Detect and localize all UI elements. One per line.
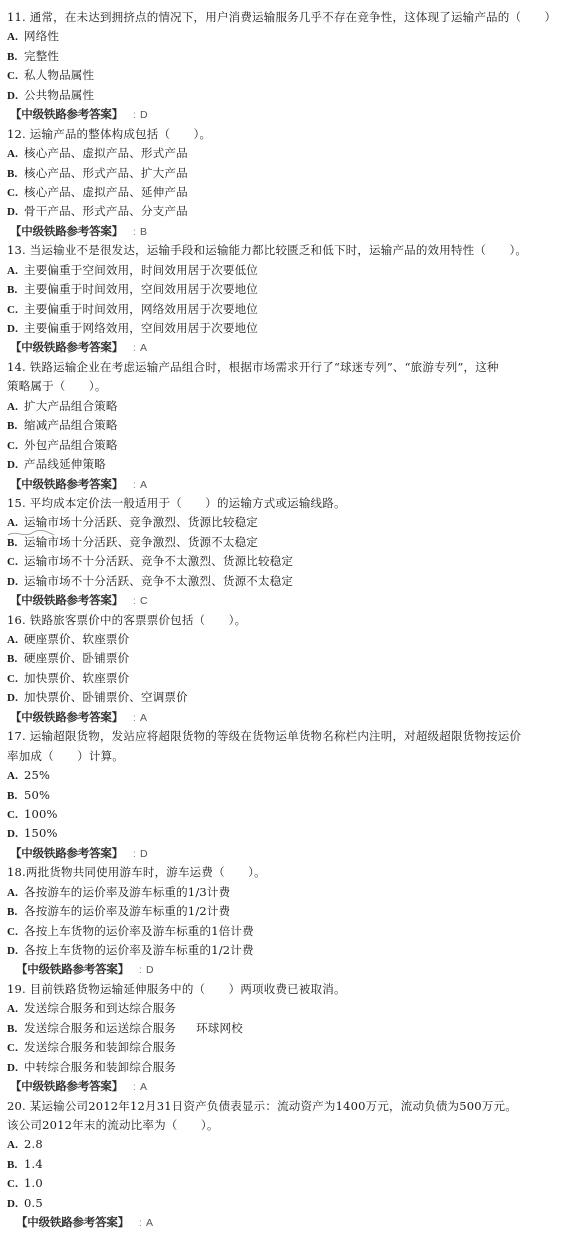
answer-value: A — [140, 1078, 147, 1097]
answer-label: 【中级铁路参考答案】 — [16, 962, 129, 976]
option-text: 主要偏重于时间效用，网络效用居于次要地位 — [24, 300, 258, 319]
question-stem: 15. 平均成本定价法一般适用于（ ）的运输方式或运输线路。 — [0, 494, 574, 513]
question-15: 15. 平均成本定价法一般适用于（ ）的运输方式或运输线路。 A.运输市场十分活… — [0, 494, 574, 611]
option-text: 1.4 — [24, 1155, 43, 1174]
option-letter: D. — [7, 942, 24, 961]
question-20: 20. 某运输公司2012年12月31日资产负债表显示：流动资产为1400万元，… — [0, 1097, 574, 1233]
option-a: A.扩大产品组合策略 — [0, 397, 574, 416]
option-c: C.外包产品组合策略 — [0, 436, 574, 455]
option-c: C.100% — [0, 805, 574, 824]
question-stem: 17. 运输超限货物，发站应将超限货物的等级在货物运单货物名称栏内注明，对超级超… — [0, 727, 574, 746]
question-13: 13. 当运输业不是很发达，运输手段和运输能力都比较匮乏和低下时，运输产品的效用… — [0, 241, 574, 358]
option-text: 各按游车的运价率及游车标重的1/2计费 — [24, 902, 230, 921]
option-a: A.各按游车的运价率及游车标重的1/3计费 — [0, 883, 574, 902]
option-letter: D. — [7, 203, 24, 222]
option-d: D.运输市场不十分活跃、竞争不太激烈、货源不太稳定 — [0, 572, 574, 591]
option-letter: A. — [7, 631, 24, 650]
question-stem-continued: 该公司2012年末的流动比率为（ ）。 — [0, 1116, 574, 1135]
answer-separator: : — [133, 106, 136, 125]
option-text: 核心产品、虚拟产品、延伸产品 — [24, 183, 188, 202]
answer-value: B — [140, 223, 147, 242]
option-letter: C. — [7, 67, 24, 86]
option-letter: B. — [7, 903, 24, 922]
question-stem: 20. 某运输公司2012年12月31日资产负债表显示：流动资产为1400万元，… — [0, 1097, 574, 1116]
question-17: 17. 运输超限货物，发站应将超限货物的等级在货物运单货物名称栏内注明，对超级超… — [0, 727, 574, 863]
option-a: A.运输市场十分活跃、竞争激烈、货源比较稳定 — [0, 513, 574, 532]
answer-label: 【中级铁路参考答案】 — [10, 846, 123, 860]
option-text: 产品线延伸策略 — [24, 455, 106, 474]
option-letter: B. — [7, 281, 24, 300]
option-letter: A. — [7, 398, 24, 417]
option-b: B.1.4 — [0, 1155, 574, 1174]
option-letter: B. — [7, 534, 24, 553]
option-letter: A. — [7, 28, 24, 47]
answer-separator: : — [133, 592, 136, 611]
option-letter: A. — [7, 1000, 24, 1019]
answer-value: A — [140, 476, 147, 495]
option-text: 2.8 — [24, 1135, 43, 1154]
option-b: B.硬座票价、卧铺票价 — [0, 649, 574, 668]
option-d: D.0.5 — [0, 1194, 574, 1213]
answer-label: 【中级铁路参考答案】 — [10, 477, 123, 491]
option-a: A.25% — [0, 766, 574, 785]
option-a: A.核心产品、虚拟产品、形式产品 — [0, 144, 574, 163]
option-letter: C. — [7, 553, 24, 572]
option-letter: A. — [7, 884, 24, 903]
answer-line: 【中级铁路参考答案】:A — [0, 475, 574, 494]
option-b: B.50% — [0, 786, 574, 805]
answer-line: 【中级铁路参考答案】:A — [0, 1077, 574, 1096]
option-letter: C. — [7, 670, 24, 689]
question-14: 14. 铁路运输企业在考虑运输产品组合时，根据市场需求开行了“球迷专列”、“旅游… — [0, 358, 574, 494]
option-letter: A. — [7, 145, 24, 164]
option-b: B.缩减产品组合策略 — [0, 416, 574, 435]
option-b: B.完整性 — [0, 47, 574, 66]
option-c: C.核心产品、虚拟产品、延伸产品 — [0, 183, 574, 202]
question-stem: 19. 目前铁路货物运输延伸服务中的（ ）两项收费已被取消。 — [0, 980, 574, 999]
question-stem: 14. 铁路运输企业在考虑运输产品组合时，根据市场需求开行了“球迷专列”、“旅游… — [0, 358, 574, 377]
option-letter: D. — [7, 87, 24, 106]
option-b: B.发送综合服务和运送综合服务环球网校 — [0, 1019, 574, 1038]
option-letter: B. — [7, 787, 24, 806]
answer-label: 【中级铁路参考答案】 — [10, 593, 123, 607]
option-letter: B. — [7, 165, 24, 184]
option-text: 各按游车的运价率及游车标重的1/3计费 — [24, 883, 230, 902]
option-c: C.运输市场不十分活跃、竞争不太激烈、货源比较稳定 — [0, 552, 574, 571]
question-stem: 13. 当运输业不是很发达，运输手段和运输能力都比较匮乏和低下时，运输产品的效用… — [0, 241, 574, 260]
option-d: D.150% — [0, 824, 574, 843]
answer-line: 【中级铁路参考答案】:C — [0, 591, 574, 610]
question-stem: 11. 通常，在未达到拥挤点的情况下，用户消费运输服务几乎不存在竞争性，这体现了… — [0, 8, 574, 27]
option-letter: A. — [7, 514, 24, 533]
option-letter: D. — [7, 573, 24, 592]
option-letter: A. — [7, 767, 24, 786]
option-letter: C. — [7, 923, 24, 942]
answer-separator: : — [133, 845, 136, 864]
watermark-text: 环球网校 — [196, 1019, 243, 1038]
option-text: 核心产品、虚拟产品、形式产品 — [24, 144, 188, 163]
answer-separator: : — [133, 339, 136, 358]
option-text: 发送综合服务和到达综合服务 — [24, 999, 176, 1018]
answer-value: C — [140, 592, 148, 611]
answer-label: 【中级铁路参考答案】 — [10, 1079, 123, 1093]
answer-label: 【中级铁路参考答案】 — [10, 224, 123, 238]
option-text: 完整性 — [24, 47, 59, 66]
answer-value: A — [146, 1214, 153, 1233]
option-c: C.各按上车货物的运价率及游车标重的1倍计费 — [0, 922, 574, 941]
question-16: 16. 铁路旅客票价中的客票票价包括（ ）。 A.硬座票价、软座票价 B.硬座票… — [0, 611, 574, 728]
option-text: 核心产品、形式产品、扩大产品 — [24, 164, 188, 183]
answer-separator: : — [133, 476, 136, 495]
answer-value: D — [146, 961, 154, 980]
question-12: 12. 运输产品的整体构成包括（ ）。 A.核心产品、虚拟产品、形式产品 B.核… — [0, 125, 574, 242]
option-letter: C. — [7, 806, 24, 825]
option-text: 25% — [24, 766, 50, 785]
answer-label: 【中级铁路参考答案】 — [10, 340, 123, 354]
option-letter: B. — [7, 650, 24, 669]
option-text: 1.0 — [24, 1174, 43, 1193]
question-11: 11. 通常，在未达到拥挤点的情况下，用户消费运输服务几乎不存在竞争性，这体现了… — [0, 8, 574, 125]
option-text: 运输市场十分活跃、竞争激烈、货源比较稳定 — [24, 513, 258, 532]
option-b: B.各按游车的运价率及游车标重的1/2计费 — [0, 902, 574, 921]
option-text: 外包产品组合策略 — [24, 436, 118, 455]
option-c: C.私人物品属性 — [0, 66, 574, 85]
option-text: 发送综合服务和装卸综合服务 — [24, 1038, 176, 1057]
option-letter: C. — [7, 184, 24, 203]
option-text: 50% — [24, 786, 50, 805]
option-text: 运输市场十分活跃、竞争激烈、货源不太稳定 — [24, 533, 258, 552]
option-text: 100% — [24, 805, 58, 824]
answer-line: 【中级铁路参考答案】:A — [0, 338, 574, 357]
option-text: 骨干产品、形式产品、分支产品 — [24, 202, 188, 221]
answer-separator: : — [139, 961, 142, 980]
option-text: 网络性 — [24, 27, 59, 46]
option-text: 加快票价、卧铺票价、空调票价 — [24, 688, 188, 707]
question-19: 19. 目前铁路货物运输延伸服务中的（ ）两项收费已被取消。 A.发送综合服务和… — [0, 980, 574, 1097]
option-text: 主要偏重于时间效用，空间效用居于次要地位 — [24, 280, 258, 299]
option-text: 主要偏重于空间效用，时间效用居于次要低位 — [24, 261, 258, 280]
question-stem: 16. 铁路旅客票价中的客票票价包括（ ）。 — [0, 611, 574, 630]
option-b: B.运输市场十分活跃、竞争激烈、货源不太稳定 — [0, 533, 574, 552]
answer-value: A — [140, 709, 147, 728]
option-a: A.主要偏重于空间效用，时间效用居于次要低位 — [0, 261, 574, 280]
answer-separator: : — [139, 1214, 142, 1233]
answer-value: A — [140, 339, 147, 358]
option-d: D.加快票价、卧铺票价、空调票价 — [0, 688, 574, 707]
question-stem-continued: 策略属于（ ）。 — [0, 377, 574, 396]
option-letter: A. — [7, 1136, 24, 1155]
option-text: 运输市场不十分活跃、竞争不太激烈、货源比较稳定 — [24, 552, 293, 571]
option-d: D.主要偏重于网络效用，空间效用居于次要地位 — [0, 319, 574, 338]
option-letter: B. — [7, 1156, 24, 1175]
option-text: 150% — [24, 824, 58, 843]
option-letter: D. — [7, 1059, 24, 1078]
answer-label: 【中级铁路参考答案】 — [16, 1215, 129, 1229]
answer-separator: : — [133, 1078, 136, 1097]
option-letter: B. — [7, 48, 24, 67]
question-18: 18.两批货物共同使用游车时，游车运费（ ）。 A.各按游车的运价率及游车标重的… — [0, 863, 574, 980]
answer-line: 【中级铁路参考答案】:A — [0, 1213, 574, 1232]
option-text: 扩大产品组合策略 — [24, 397, 118, 416]
option-text: 硬座票价、软座票价 — [24, 630, 129, 649]
question-stem: 12. 运输产品的整体构成包括（ ）。 — [0, 125, 574, 144]
option-letter: C. — [7, 301, 24, 320]
option-text: 私人物品属性 — [24, 66, 94, 85]
answer-line: 【中级铁路参考答案】:B — [0, 222, 574, 241]
question-stem: 18.两批货物共同使用游车时，游车运费（ ）。 — [0, 863, 574, 882]
answer-label: 【中级铁路参考答案】 — [10, 710, 123, 724]
question-stem-continued: 率加成（ ）计算。 — [0, 747, 574, 766]
option-d: D.公共物品属性 — [0, 86, 574, 105]
option-letter: D. — [7, 689, 24, 708]
answer-line: 【中级铁路参考答案】:A — [0, 708, 574, 727]
option-c: C.主要偏重于时间效用，网络效用居于次要地位 — [0, 300, 574, 319]
option-b: B.主要偏重于时间效用，空间效用居于次要地位 — [0, 280, 574, 299]
option-text: 缩减产品组合策略 — [24, 416, 118, 435]
option-letter: C. — [7, 437, 24, 456]
option-text: 发送综合服务和运送综合服务 — [24, 1019, 176, 1038]
option-letter: B. — [7, 417, 24, 436]
answer-value: D — [140, 845, 148, 864]
option-d: D.骨干产品、形式产品、分支产品 — [0, 202, 574, 221]
option-letter: C. — [7, 1175, 24, 1194]
answer-line: 【中级铁路参考答案】:D — [0, 844, 574, 863]
option-letter: D. — [7, 320, 24, 339]
option-text: 主要偏重于网络效用，空间效用居于次要地位 — [24, 319, 258, 338]
option-d: D.产品线延伸策略 — [0, 455, 574, 474]
option-text: 0.5 — [24, 1194, 43, 1213]
option-text: 各按上车货物的运价率及游车标重的1/2计费 — [24, 941, 254, 960]
option-d: D.中转综合服务和装卸综合服务 — [0, 1058, 574, 1077]
option-text: 公共物品属性 — [24, 86, 94, 105]
option-text: 中转综合服务和装卸综合服务 — [24, 1058, 176, 1077]
answer-separator: : — [133, 709, 136, 728]
option-b: B.核心产品、形式产品、扩大产品 — [0, 164, 574, 183]
option-text: 运输市场不十分活跃、竞争不太激烈、货源不太稳定 — [24, 572, 293, 591]
option-a: A.硬座票价、软座票价 — [0, 630, 574, 649]
answer-line: 【中级铁路参考答案】:D — [0, 960, 574, 979]
option-letter: D. — [7, 1195, 24, 1214]
option-text: 加快票价、软座票价 — [24, 669, 129, 688]
option-letter: C. — [7, 1039, 24, 1058]
option-a: A.发送综合服务和到达综合服务 — [0, 999, 574, 1018]
option-a: A.2.8 — [0, 1135, 574, 1154]
option-letter: D. — [7, 456, 24, 475]
answer-separator: : — [133, 223, 136, 242]
option-text: 硬座票价、卧铺票价 — [24, 649, 129, 668]
option-text: 各按上车货物的运价率及游车标重的1倍计费 — [24, 922, 254, 941]
option-c: C.发送综合服务和装卸综合服务 — [0, 1038, 574, 1057]
option-letter: A. — [7, 262, 24, 281]
option-a: A.网络性 — [0, 27, 574, 46]
option-letter: D. — [7, 825, 24, 844]
option-c: C.加快票价、软座票价 — [0, 669, 574, 688]
option-d: D.各按上车货物的运价率及游车标重的1/2计费 — [0, 941, 574, 960]
option-letter: B. — [7, 1020, 24, 1039]
answer-label: 【中级铁路参考答案】 — [10, 107, 123, 121]
option-c: C.1.0 — [0, 1174, 574, 1193]
answer-value: D — [140, 106, 148, 125]
answer-line: 【中级铁路参考答案】:D — [0, 105, 574, 124]
exam-document: 11. 通常，在未达到拥挤点的情况下，用户消费运输服务几乎不存在竞争性，这体现了… — [0, 8, 574, 1233]
